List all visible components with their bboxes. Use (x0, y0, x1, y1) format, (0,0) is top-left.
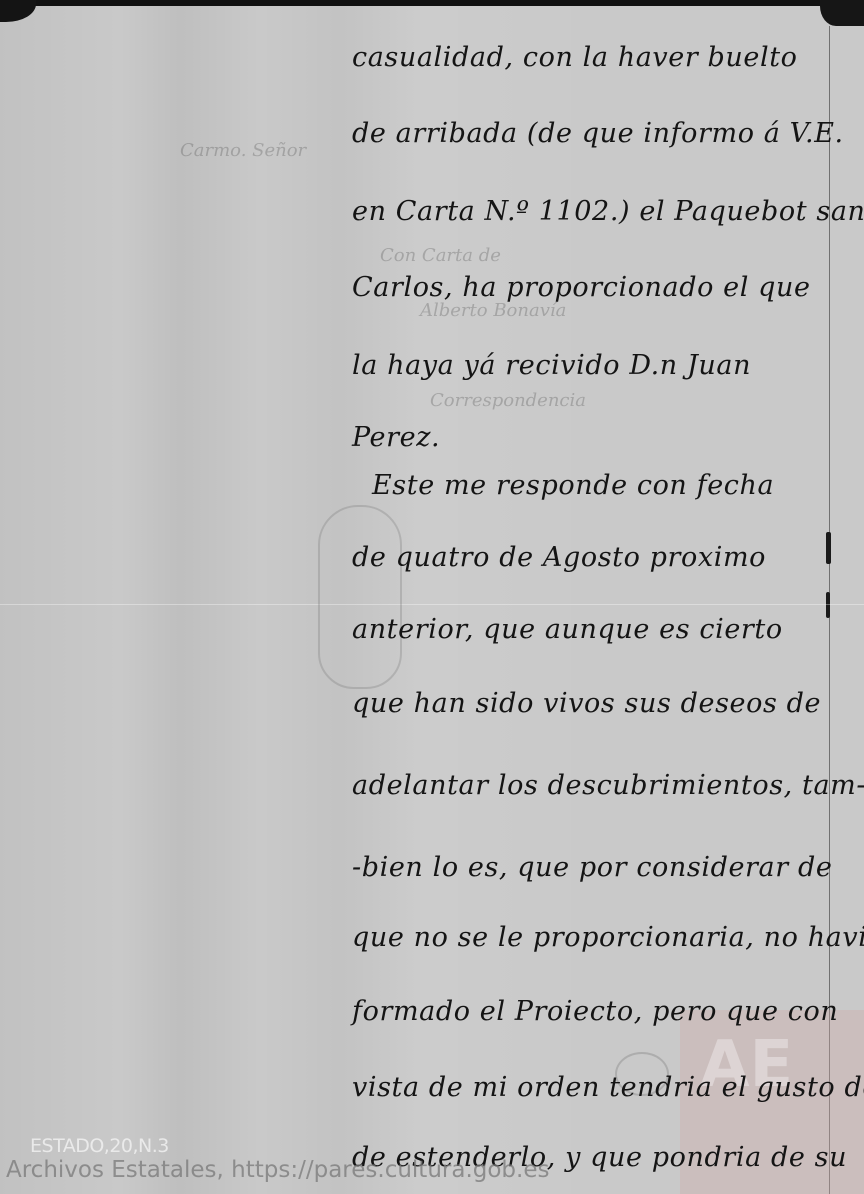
manuscript-line: que no se le proporcionaria, no havia (352, 922, 864, 953)
manuscript-line: formado el Proiecto, pero que con (352, 996, 838, 1027)
manuscript-line: adelantar los descubrimientos, tam- (352, 770, 864, 801)
manuscript-line: la haya yá recivido D.n Juan (352, 350, 751, 381)
manuscript-line: que han sido vivos sus deseos de (352, 688, 821, 719)
manuscript-line: Este me responde con fecha (372, 470, 774, 501)
bleed-through-text: Alberto Bonavía (420, 300, 566, 321)
bleed-through-text: Con Carta de (380, 245, 501, 266)
torn-corner-right (820, 0, 864, 26)
manuscript-page: Carmo. Señor Con Carta de Alberto Bonaví… (0, 0, 864, 1194)
archive-credit-link[interactable]: Archivos Estatales, https://pares.cultur… (6, 1157, 549, 1183)
margin-ink-mark (826, 532, 831, 564)
bleed-through-text: Correspondencia (430, 390, 586, 411)
archive-reference: ESTADO,20,N.3 (30, 1135, 169, 1157)
manuscript-line: vista de mi orden tendria el gusto de (352, 1072, 864, 1103)
embossed-seal (318, 505, 402, 689)
manuscript-line: de arribada (de que informo á V.E. (352, 118, 844, 149)
manuscript-line: de quatro de Agosto proximo (352, 542, 766, 573)
margin-ink-mark (826, 592, 830, 618)
torn-corner-left (0, 0, 36, 22)
bleed-through-text: Carmo. Señor (180, 140, 306, 161)
manuscript-line: -bien lo es, que por considerar de (352, 852, 832, 883)
manuscript-line: Carlos, ha proporcionado el que (352, 272, 811, 303)
paper-crease (0, 604, 864, 605)
manuscript-line: casualidad, con la haver buelto (352, 42, 798, 73)
manuscript-line: en Carta N.º 1102.) el Paquebot san (352, 196, 864, 227)
page-top-edge (0, 0, 864, 6)
manuscript-line: Perez. (352, 422, 440, 453)
manuscript-line: anterior, que aunque es cierto (352, 614, 783, 645)
